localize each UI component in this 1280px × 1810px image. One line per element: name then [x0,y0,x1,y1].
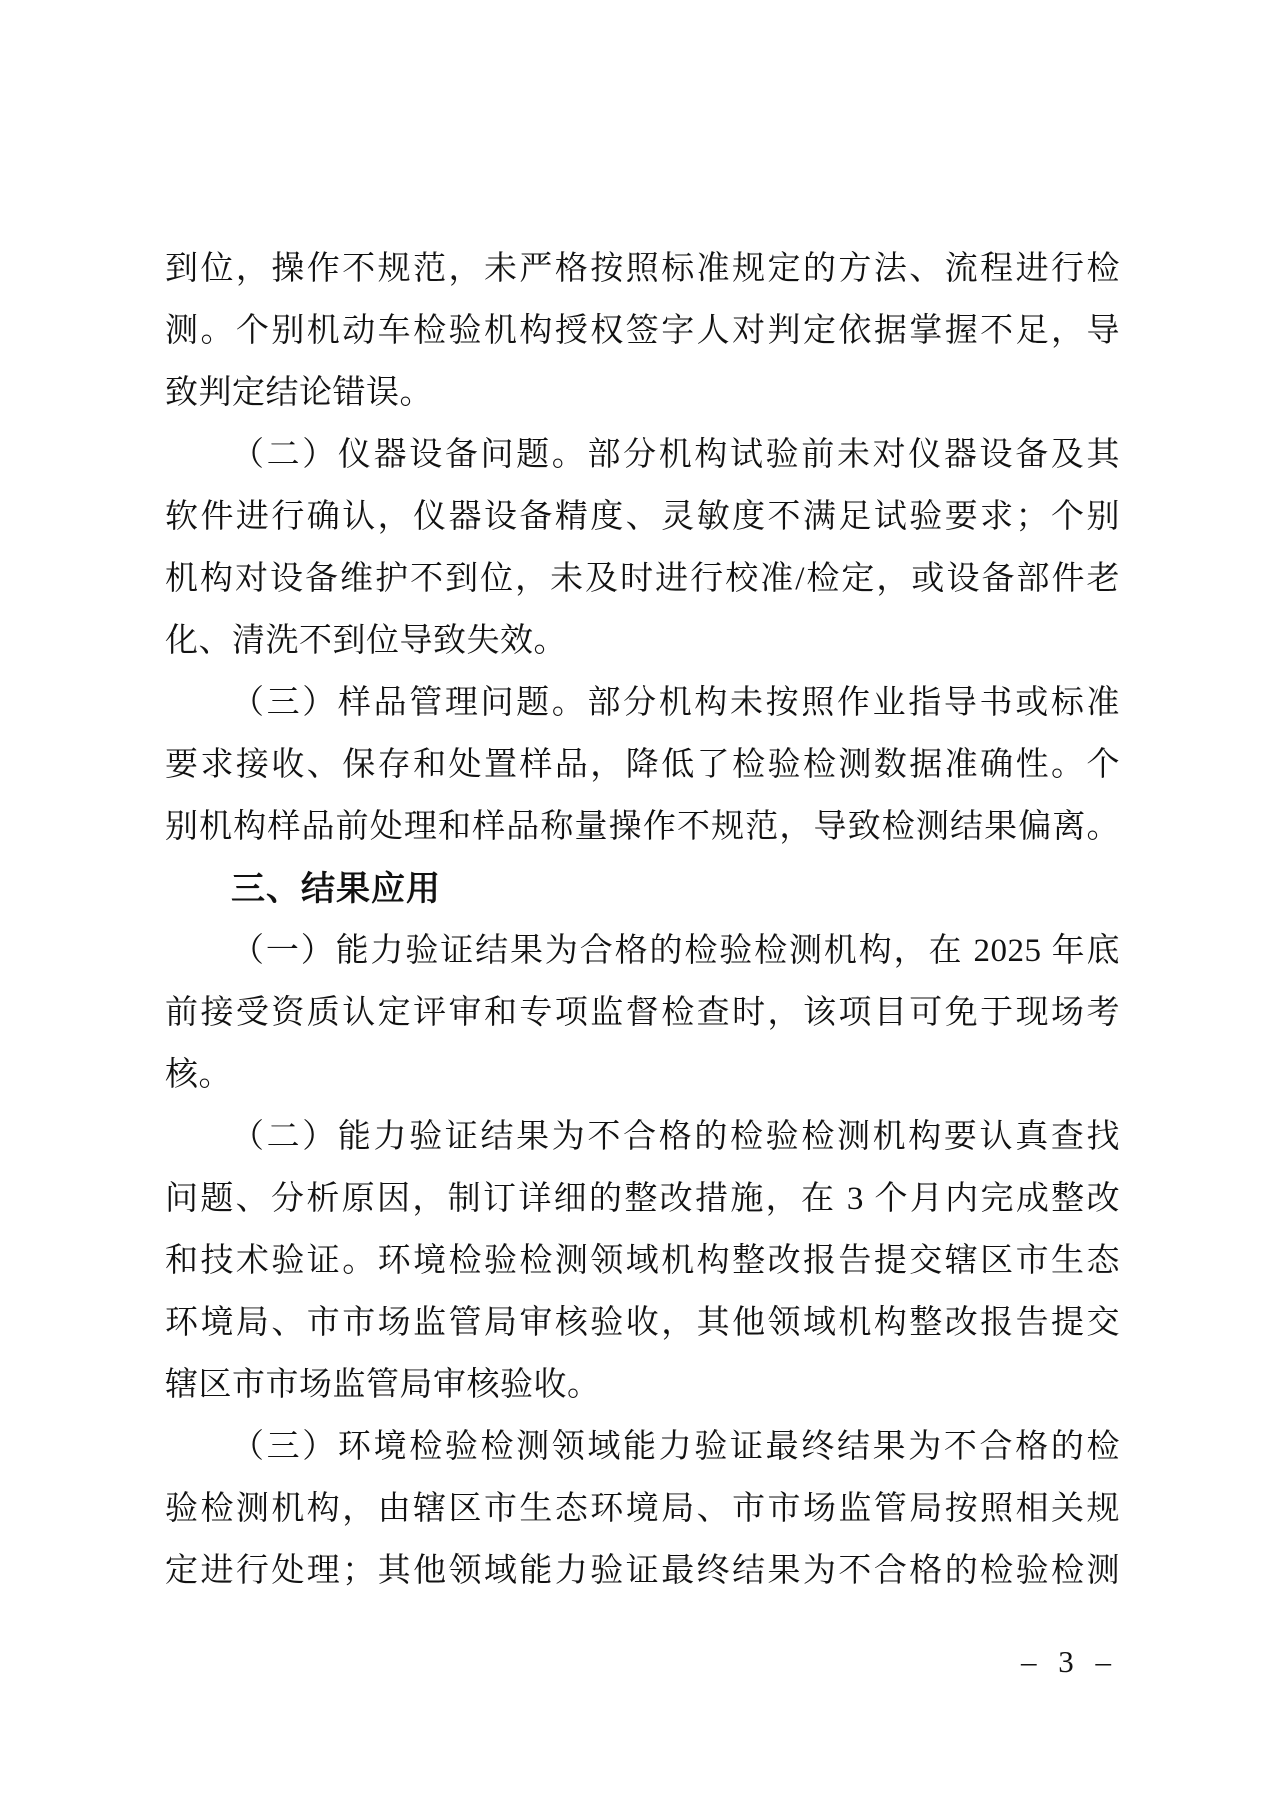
text-line: 定进行处理；其他领域能力验证最终结果为不合格的检验检测 [165,1540,1120,1602]
page-number: – 3 – [1021,1638,1118,1686]
text-line: 前接受资质认定评审和专项监督检查时，该项目可免于现场考 [165,982,1120,1044]
text-line: 和技术验证。环境检验检测领域机构整改报告提交辖区市生态 [165,1230,1120,1292]
text-line: （二）仪器设备问题。部分机构试验前未对仪器设备及其 [165,424,1120,486]
text-line: （一）能力验证结果为合格的检验检测机构，在 2025 年底 [165,920,1120,982]
document-page: 到位，操作不规范，未严格按照标准规定的方法、流程进行检测。个别机动车检验机构授权… [0,0,1280,1810]
text-line: （三）环境检验检测领域能力验证最终结果为不合格的检 [165,1416,1120,1478]
text-line: 环境局、市市场监管局审核验收，其他领域机构整改报告提交 [165,1292,1120,1354]
text-line: （二）能力验证结果为不合格的检验检测机构要认真查找 [165,1106,1120,1168]
section-heading: 三、结果应用 [165,858,1120,920]
text-line: 到位，操作不规范，未严格按照标准规定的方法、流程进行检 [165,238,1120,300]
text-line: 别机构样品前处理和样品称量操作不规范，导致检测结果偏离。 [165,796,1120,858]
text-line: 辖区市市场监管局审核验收。 [165,1354,1120,1416]
document-text-block: 到位，操作不规范，未严格按照标准规定的方法、流程进行检测。个别机动车检验机构授权… [165,238,1120,1602]
text-line: 致判定结论错误。 [165,362,1120,424]
text-line: 机构对设备维护不到位，未及时进行校准/检定，或设备部件老 [165,548,1120,610]
text-line: 核。 [165,1044,1120,1106]
text-line: 软件进行确认，仪器设备精度、灵敏度不满足试验要求；个别 [165,486,1120,548]
text-line: 化、清洗不到位导致失效。 [165,610,1120,672]
text-line: 问题、分析原因，制订详细的整改措施，在 3 个月内完成整改 [165,1168,1120,1230]
text-line: 验检测机构，由辖区市生态环境局、市市场监管局按照相关规 [165,1478,1120,1540]
text-line: （三）样品管理问题。部分机构未按照作业指导书或标准 [165,672,1120,734]
text-line: 测。个别机动车检验机构授权签字人对判定依据掌握不足，导 [165,300,1120,362]
text-line: 要求接收、保存和处置样品，降低了检验检测数据准确性。个 [165,734,1120,796]
